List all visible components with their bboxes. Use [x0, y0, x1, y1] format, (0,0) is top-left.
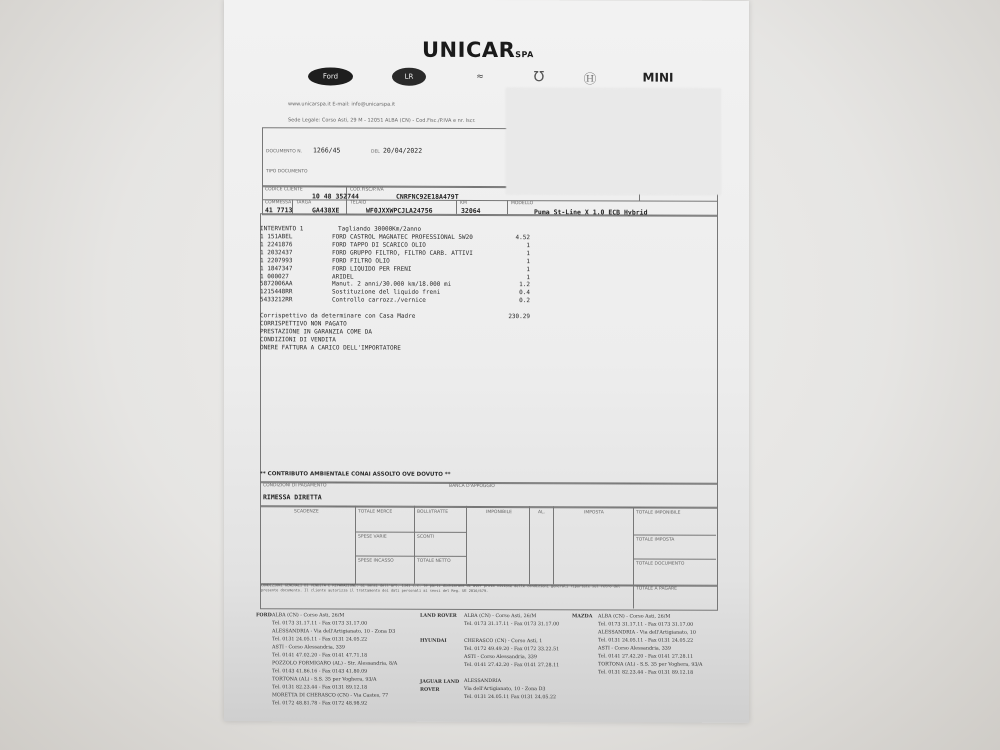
mini-logo-icon: MINI	[638, 69, 678, 87]
note-amount: 230.29	[490, 313, 530, 321]
item-quantity: 1	[490, 242, 530, 250]
item-quantity: 1	[490, 266, 530, 274]
net-total-label: TOTALE NETTO	[417, 559, 451, 564]
model-label: MODELLO	[511, 201, 533, 206]
invoice-notes: Corrispettivo da determinare con Casa Ma…	[224, 0, 749, 1]
footer-address-line: Tel. 0141 27.42.20 - Fax 0141 27.28.11	[464, 662, 559, 670]
footer-address-line: Tel. 0131 82.23.44 - Fax 0131 89.12.18	[598, 669, 703, 677]
land-rover-logo-icon: LR	[392, 68, 426, 86]
footer-landrover-brand: LAND ROVER	[420, 613, 457, 619]
tax-code-label: COD.FISC/P.IVA	[350, 188, 384, 193]
footer-mazda-brand: MAZDA	[572, 613, 592, 619]
jaguar-logo-icon: ≈	[460, 68, 500, 86]
item-quantity: 1.2	[490, 281, 530, 289]
plate-label: TARGA	[296, 200, 311, 205]
tax-label: IMPOSTA	[584, 510, 604, 515]
document-type-label: TIPO DOCUMENTO	[266, 169, 308, 174]
redacted-area	[506, 88, 721, 195]
mazda-logo-icon: ℧	[530, 68, 548, 86]
legal-text: CONDIZIONI GENERALI DI VENDITA E RIPARAZ…	[261, 583, 631, 606]
discount-label: SCONTI	[417, 535, 434, 540]
footer-jaguar-brand: JAGUAR LAND ROVER	[420, 678, 460, 694]
document-number-label: DOCUMENTO N.	[266, 149, 302, 154]
invoice-paper: UNICARSPA Ford LR ≈ ℧ Ⓗ MINI www.unicars…	[224, 0, 749, 723]
environmental-note: ** CONTRIBUTO AMBIENTALE CONAI ASSOLTO O…	[260, 470, 451, 479]
tax-code: CNRFNC92E18A479T	[396, 193, 459, 201]
payment-method: RIMESSA DIRETTA	[263, 493, 322, 501]
footer-address-line: Tel. 0131 24.05.11 Fax 0131 24.05.22	[464, 694, 559, 702]
ford-logo-icon: Ford	[308, 67, 353, 85]
footer-address-line: Tel. 0173 31.17.11 - Fax 0173 31.17.00	[464, 621, 559, 629]
chassis-label: TELAIO	[350, 201, 366, 206]
line-items: 1 151ABELFORD CASTROL MAGNATEC PROFESSIO…	[224, 0, 749, 1]
item-quantity: 1	[490, 258, 530, 266]
footer-landrover-hyundai: LAND ROVER ALBA (CN) - Corso Asti, 26/MT…	[420, 612, 559, 702]
client-code: 10 48 352744	[312, 192, 359, 200]
document-total-label: TOTALE DOCUMENTO	[636, 562, 684, 567]
item-quantity: 4.52	[490, 234, 530, 242]
rate-label: AL.	[538, 510, 545, 515]
item-quantity: 1	[490, 274, 530, 282]
goods-total-label: TOTALE MERCE	[358, 510, 392, 515]
footer-address-line: Tel. 0172 48.81.78 - Fax 0172 48.98.92	[272, 700, 397, 708]
km-label: KM	[460, 201, 467, 206]
document-date: 20/04/2022	[383, 147, 422, 155]
company-suffix: SPA	[515, 50, 534, 59]
stamp-label: BOLLI/TRATTE	[417, 510, 448, 515]
item-quantity: 0.2	[490, 297, 530, 305]
shipping-label: SPESE INCASSO	[358, 559, 394, 564]
footer-hyundai-brand: HYUNDAI	[420, 638, 447, 644]
to-pay-label: TOTALE A PAGARE	[636, 587, 677, 592]
totals-table	[260, 505, 718, 587]
maturity-label: SCADENZE	[294, 509, 319, 514]
company-name: UNICAR	[422, 38, 515, 62]
web-email-line: www.unicarspa.it E-mail: info@unicarspa.…	[288, 101, 395, 107]
bank-label: BANCA D'APPOGGIO	[449, 484, 495, 489]
taxable-label: IMPONIBILE	[486, 510, 512, 515]
document-number: 1266/45	[313, 146, 340, 154]
document-date-label: DEL	[371, 150, 380, 155]
order-label: COMMESSA	[265, 200, 291, 205]
company-logo: UNICARSPA	[422, 38, 534, 62]
note-text: ONERE FATTURA A CARICO DELL'IMPORTATORE	[260, 344, 480, 353]
payment-method-label: CONDIZIONI DI PAGAMENTO	[263, 483, 327, 488]
client-code-label: CODICE CLIENTE	[265, 187, 303, 192]
tax-total-label: TOTALE IMPOSTA	[636, 538, 674, 543]
registered-office-line: Sede Legale: Corso Asti, 29 M - 12051 AL…	[288, 117, 476, 124]
taxable-total-label: TOTALE IMPONIBILE	[636, 511, 680, 516]
footer-ford-brand: FORD	[256, 612, 272, 618]
hyundai-logo-icon: Ⓗ	[581, 68, 599, 86]
footer-ford: FORD ALBA (CN) - Corso Asti, 26/MTel. 01…	[256, 611, 397, 708]
item-code: 5433212RR	[260, 296, 320, 304]
intervention-title: INTERVENTO 1	[260, 225, 320, 233]
item-quantity: 1	[490, 250, 530, 258]
item-quantity: 0.4	[490, 289, 530, 297]
footer-mazda: MAZDA ALBA (CN) - Corso Asti, 26/MTel. 0…	[572, 612, 703, 677]
other-costs-label: SPESE VARIE	[358, 535, 387, 540]
